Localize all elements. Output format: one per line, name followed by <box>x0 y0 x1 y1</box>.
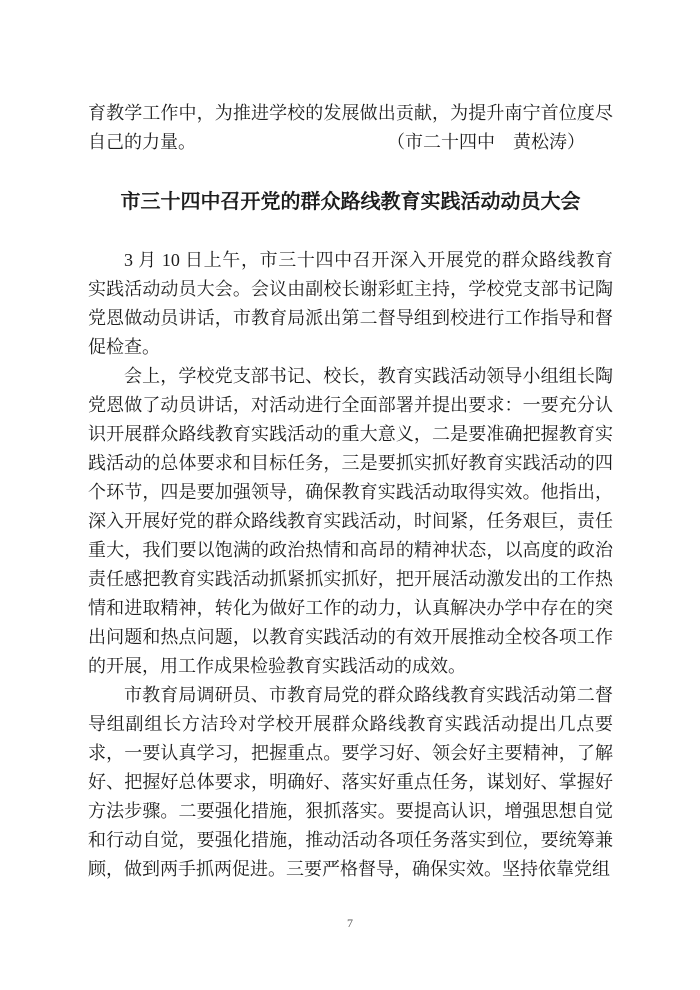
page-number: 7 <box>0 916 700 930</box>
article-title: 市三十四中召开党的群众路线教育实践活动动员大会 <box>88 187 613 217</box>
body-paragraph-3: 市教育局调研员、市教育局党的群众路线教育实践活动第二督导组副组长方洁玲对学校开展… <box>88 681 613 884</box>
body-paragraph-2: 会上，学校党支部书记、校长，教育实践活动领导小组组长陶党恩做了动员讲话，对活动进… <box>88 362 613 681</box>
author-attribution: （市二十四中 黄松涛） <box>387 128 585 157</box>
page-text-column: 育教学工作中，为推进学校的发展做出贡献，为提升南宁首位度尽自己的力量。 （市二十… <box>88 99 613 884</box>
paragraph-continuation: 育教学工作中，为推进学校的发展做出贡献，为提升南宁首位度尽自己的力量。 （市二十… <box>88 99 613 157</box>
document-page: 育教学工作中，为推进学校的发展做出贡献，为提升南宁首位度尽自己的力量。 （市二十… <box>0 0 700 990</box>
body-paragraph-1: 3 月 10 日上午，市三十四中召开深入开展党的群众路线教育实践活动动员大会。会… <box>88 246 613 362</box>
